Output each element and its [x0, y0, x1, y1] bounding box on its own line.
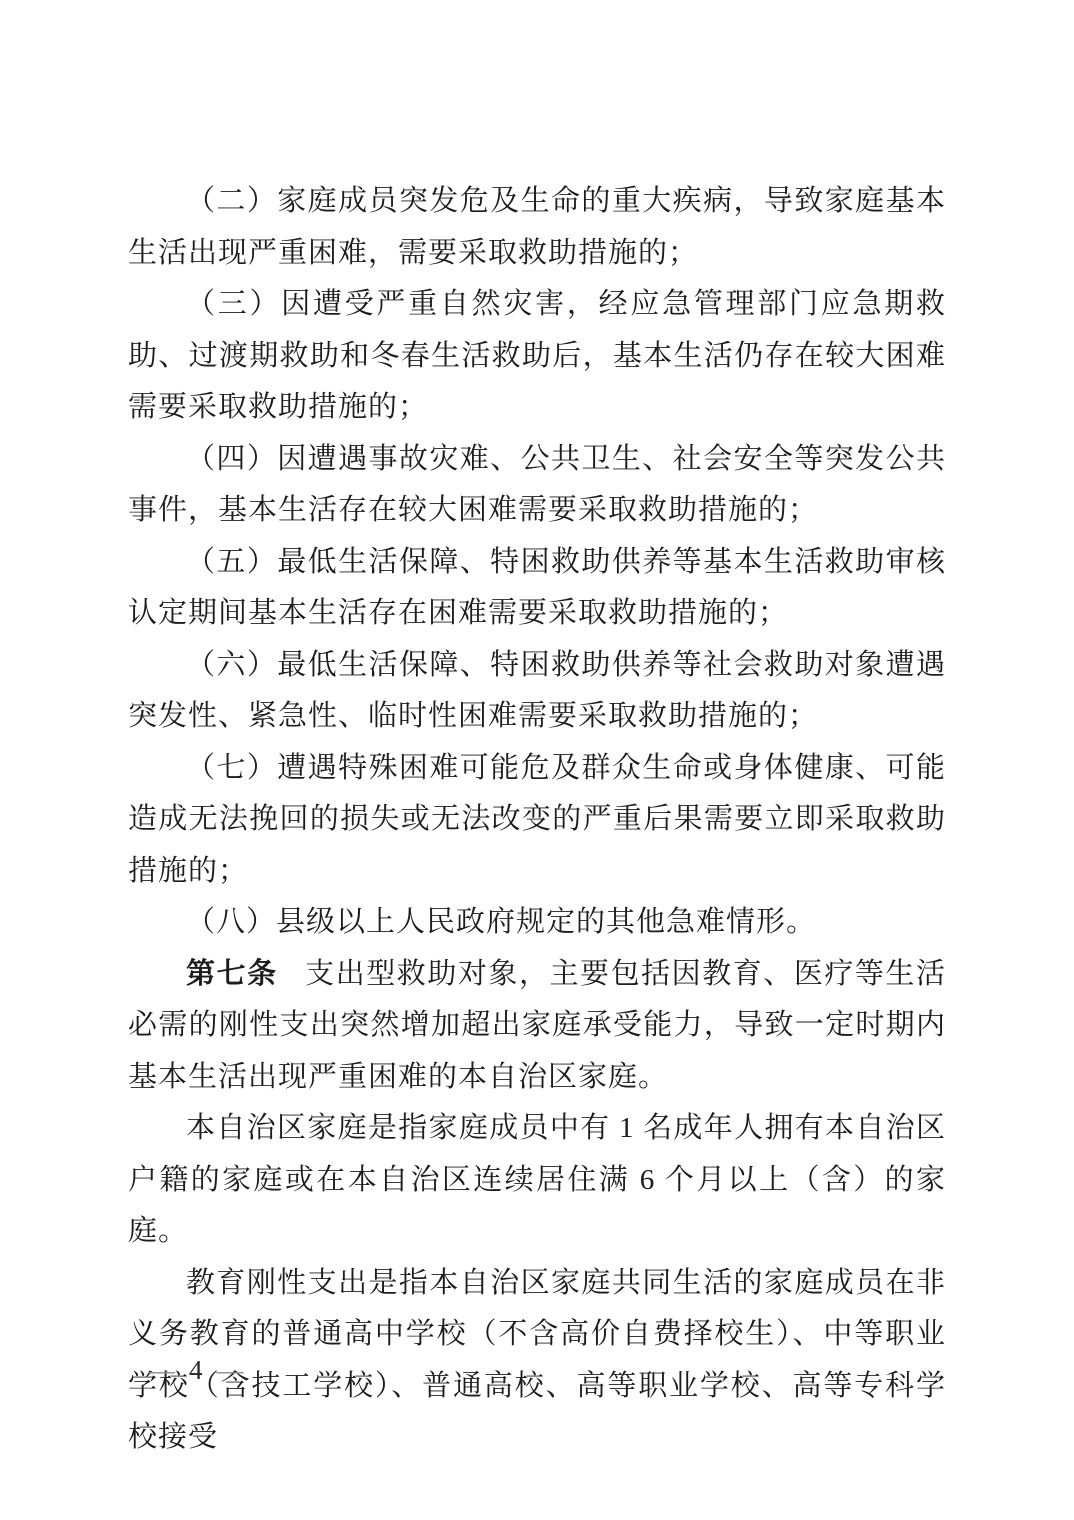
- paragraph: （五）最低生活保障、特困救助供养等基本生活救助审核认定期间基本生活存在困难需要采…: [128, 537, 946, 640]
- article-paragraph: 第七条支出型救助对象，主要包括因教育、医疗等生活必需的刚性支出突然增加超出家庭承…: [128, 949, 946, 1104]
- paragraph-text: （八）县级以上人民政府规定的其他急难情形。: [186, 906, 816, 938]
- paragraph: （四）因遭遇事故灾难、公共卫生、社会安全等突发公共事件，基本生活存在较大困难需要…: [128, 434, 946, 537]
- paragraph: （三）因遭受严重自然灾害，经应急管理部门应急期救助、过渡期救助和冬春生活救助后，…: [128, 279, 946, 434]
- document-page: （二）家庭成员突发危及生命的重大疾病，导致家庭基本生活出现严重困难，需要采取救助…: [0, 0, 1074, 1520]
- paragraph: （二）家庭成员突发危及生命的重大疾病，导致家庭基本生活出现严重困难，需要采取救助…: [128, 176, 946, 279]
- paragraph: 教育刚性支出是指本自治区家庭共同生活的家庭成员在非义务教育的普通高中学校（不含高…: [128, 1258, 946, 1464]
- page-number: 4: [189, 1355, 203, 1385]
- paragraph: 本自治区家庭是指家庭成员中有 1 名成年人拥有本自治区户籍的家庭或在本自治区连续…: [128, 1103, 946, 1258]
- document-body: （二）家庭成员突发危及生命的重大疾病，导致家庭基本生活出现严重困难，需要采取救助…: [128, 176, 946, 1464]
- paragraph-text: （二）家庭成员突发危及生命的重大疾病，导致家庭基本生活出现严重困难，需要采取救助…: [128, 185, 946, 269]
- paragraph: （七）遭遇特殊困难可能危及群众生命或身体健康、可能造成无法挽回的损失或无法改变的…: [128, 743, 946, 898]
- article-number: 第七条: [186, 958, 278, 990]
- paragraph-text: 本自治区家庭是指家庭成员中有 1 名成年人拥有本自治区户籍的家庭或在本自治区连续…: [128, 1112, 946, 1247]
- paragraph-text: （七）遭遇特殊困难可能危及群众生命或身体健康、可能造成无法挽回的损失或无法改变的…: [128, 752, 946, 887]
- paragraph-text: 教育刚性支出是指本自治区家庭共同生活的家庭成员在非义务教育的普通高中学校（不含高…: [128, 1267, 946, 1454]
- footer-left-dash: —: [148, 1355, 175, 1385]
- paragraph-text: （六）最低生活保障、特困救助供养等社会救助对象遭遇突发性、紧急性、临时性困难需要…: [128, 649, 946, 733]
- paragraph: （六）最低生活保障、特困救助供养等社会救助对象遭遇突发性、紧急性、临时性困难需要…: [128, 640, 946, 743]
- footer-right-dash: —: [217, 1355, 244, 1385]
- paragraph-text: （三）因遭受严重自然灾害，经应急管理部门应急期救助、过渡期救助和冬春生活救助后，…: [128, 288, 946, 423]
- page-footer: —4—: [148, 1355, 244, 1386]
- paragraph-text: （五）最低生活保障、特困救助供养等基本生活救助审核认定期间基本生活存在困难需要采…: [128, 546, 946, 630]
- paragraph: （八）县级以上人民政府规定的其他急难情形。: [128, 897, 946, 949]
- paragraph-text: （四）因遭遇事故灾难、公共卫生、社会安全等突发公共事件，基本生活存在较大困难需要…: [128, 443, 946, 527]
